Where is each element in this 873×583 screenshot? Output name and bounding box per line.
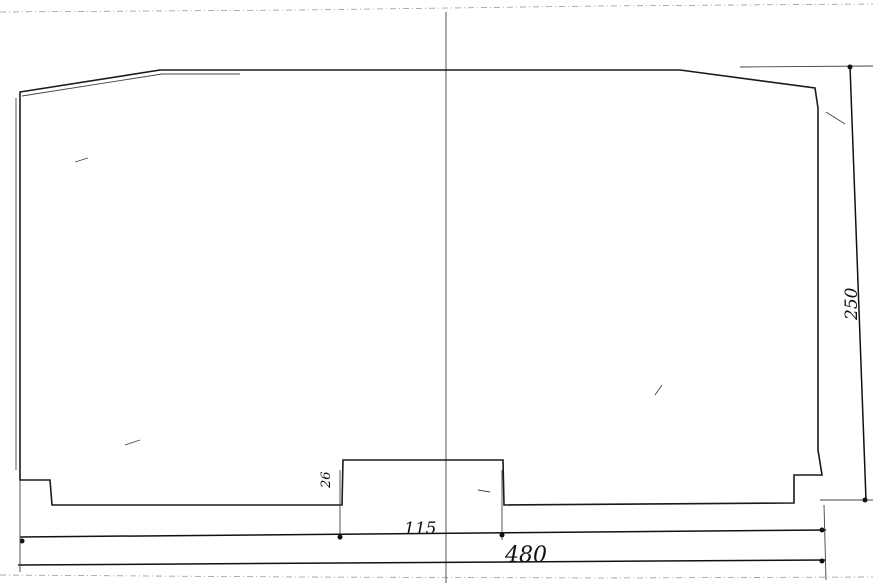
width-dim-end-right — [820, 559, 825, 564]
height-extension-top — [740, 66, 873, 67]
bottom-border-line — [0, 575, 873, 578]
notch-width-label: 115 — [404, 519, 436, 539]
notch-dim-end-far-right — [820, 528, 825, 533]
height-dimension-line — [850, 66, 866, 500]
scan-mark — [655, 385, 662, 395]
part-outline — [20, 70, 822, 505]
notch-dim-end-right — [500, 533, 505, 538]
top-border-line — [0, 4, 873, 12]
outline-double-line — [22, 74, 240, 96]
notch-height-label: 26 — [319, 471, 334, 489]
notch-dim-end-left — [338, 535, 343, 540]
scan-mark — [826, 112, 845, 124]
scan-mark — [75, 158, 88, 162]
overall-height-label: 250 — [842, 287, 862, 321]
width-dimension-line — [18, 560, 826, 565]
overall-width-label: 480 — [504, 543, 547, 568]
scan-mark — [125, 440, 140, 445]
scan-mark — [478, 490, 490, 492]
height-dim-end-bottom — [863, 498, 868, 503]
width-extension-right — [824, 505, 826, 580]
technical-drawing: 26 115 480 250 — [0, 0, 873, 583]
height-dim-end-top — [848, 65, 853, 70]
